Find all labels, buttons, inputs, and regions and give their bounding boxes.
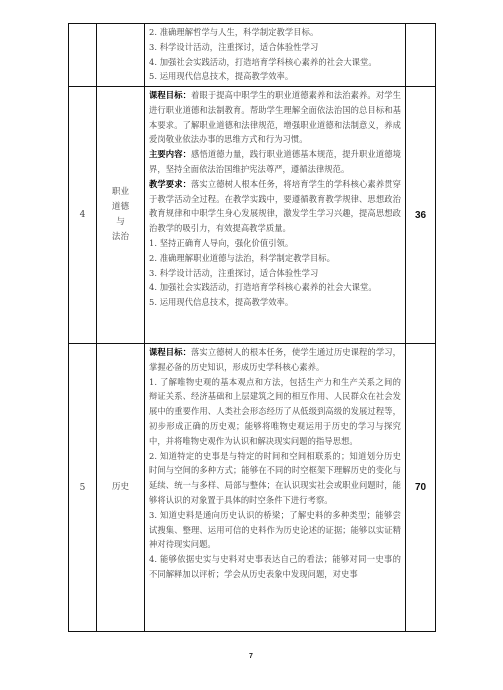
content-line: 1. 了解唯物史观的基本观点和方法，包括生产力和生产关系之间的辩证关系、经济基础… (149, 375, 401, 449)
content-line: 2. 准确理解职业道德与法治，科学制定教学目标。 (149, 251, 401, 266)
hours-cell: 70 (406, 344, 435, 631)
course-content-cell: 课程目标：着眼于提高中职学生的职业道德素养和法治素养。对学生进行职业道德和法制教… (145, 87, 406, 343)
content-line: 4. 加强社会实践活动，打造培育学科核心素养的社会大课堂。 (149, 280, 401, 295)
content-line: 5. 运用现代信息技术，提高教学效率。 (149, 69, 401, 84)
content-line: 3. 科学设计活动，注重探讨，适合体验性学习 (149, 40, 401, 55)
page-number: 7 (249, 653, 253, 660)
table-row: 4 职业 道德 与 法治 课程目标：着眼于提高中职学生的职业道德素养和法治素养。… (69, 87, 435, 344)
curriculum-table: 2. 准确理解哲学与人生，科学制定教学目标。 3. 科学设计活动，注重探讨，适合… (68, 23, 436, 632)
course-content-cell: 2. 准确理解哲学与人生，科学制定教学目标。 3. 科学设计活动，注重探讨，适合… (145, 24, 406, 86)
content-line: 2. 准确理解哲学与人生，科学制定教学目标。 (149, 25, 401, 40)
hours-cell: 36 (406, 87, 435, 343)
content-line: 1. 坚持正确育人导向，强化价值引领。 (149, 236, 401, 251)
content-label: 主要内容： (149, 149, 191, 159)
course-name-cell: 历史 (97, 344, 145, 631)
row-number-cell: 5 (69, 344, 97, 631)
content-line: 4. 能够依据史实与史料对史事表达自己的看法；能够对同一史事的不同解释加以评析；… (149, 552, 401, 582)
goal-label: 课程目标： (149, 90, 191, 100)
course-name-cell: 职业 道德 与 法治 (97, 87, 145, 343)
content-line: 3. 知道史料是通向历史认识的桥梁；了解史料的多种类型；能够尝试搜集、整理、运用… (149, 508, 401, 552)
table-row: 5 历史 课程目标：落实立德树人的根本任务，使学生通过历史课程的学习，掌握必备的… (69, 344, 435, 631)
course-name-cell (97, 24, 145, 86)
course-content-cell: 课程目标：落实立德树人的根本任务，使学生通过历史课程的学习，掌握必备的历史知识，… (145, 344, 406, 631)
content-line: 3. 科学设计活动，注重探讨，适合体验性学习 (149, 266, 401, 281)
table-row: 2. 准确理解哲学与人生，科学制定教学目标。 3. 科学设计活动，注重探讨，适合… (69, 24, 435, 87)
hours-cell (406, 24, 435, 86)
goal-label: 课程目标： (149, 347, 191, 357)
row-number-cell (69, 24, 97, 86)
content-line: 5. 运用现代信息技术，提高教学效率。 (149, 295, 401, 310)
content-line: 4. 加强社会实践活动，打造培育学科核心素养的社会大课堂。 (149, 55, 401, 70)
content-line: 2. 知道特定的史事是与特定的时间和空间相联系的；知道划分历史时间与空间的多种方… (149, 449, 401, 508)
requirement-label: 教学要求： (149, 179, 191, 189)
row-number-cell: 4 (69, 87, 97, 343)
